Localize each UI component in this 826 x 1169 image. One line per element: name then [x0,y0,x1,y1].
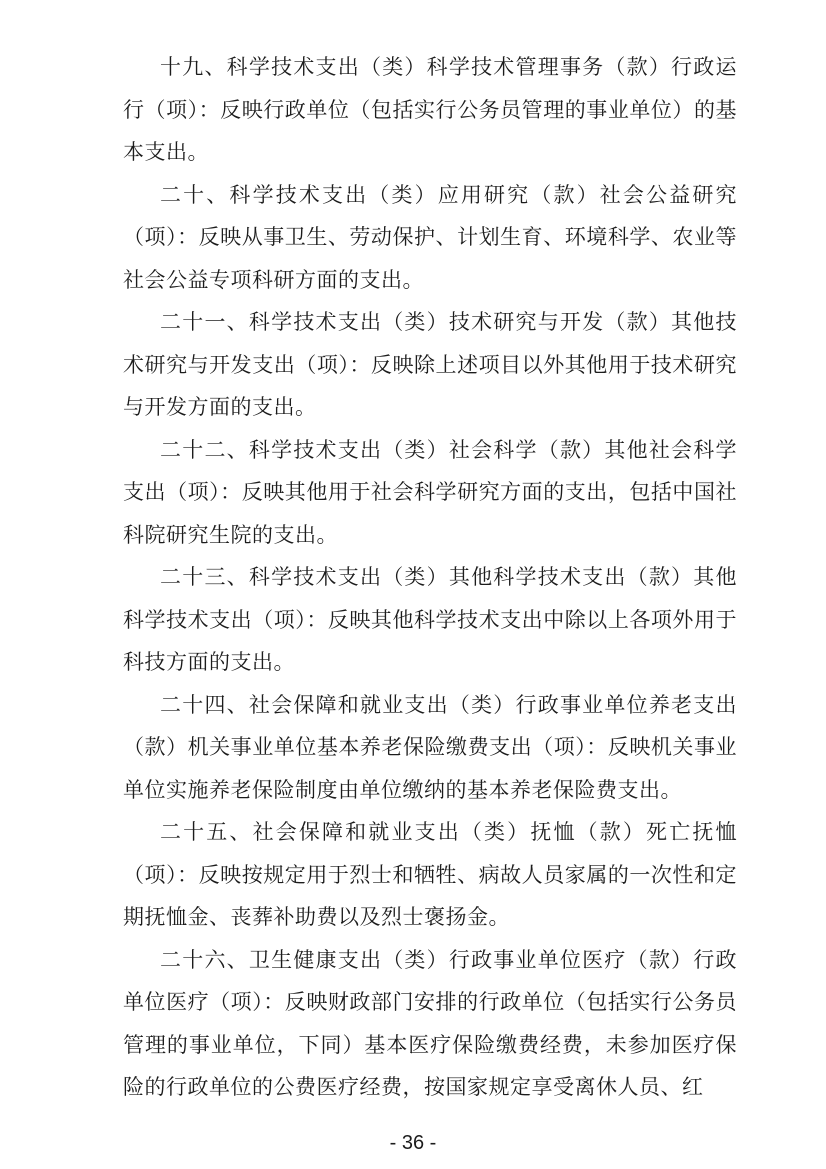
paragraph-item-20: 二十、科学技术支出（类）应用研究（款）社会公益研究（项）：反映从事卫生、劳动保护… [123,174,737,302]
paragraph-item-25: 二十五、社会保障和就业支出（类）抚恤（款）死亡抚恤（项）：反映按规定用于烈士和牺… [123,811,737,939]
paragraph-item-23: 二十三、科学技术支出（类）其他科学技术支出（款）其他科学技术支出（项）：反映其他… [123,556,737,684]
page-number: - 36 - [390,1132,437,1154]
paragraph-item-22: 二十二、科学技术支出（类）社会科学（款）其他社会科学支出（项）：反映其他用于社会… [123,429,737,557]
paragraph-item-26: 二十六、卫生健康支出（类）行政事业单位医疗（款）行政单位医疗（项）：反映财政部门… [123,939,737,1109]
paragraph-item-19: 十九、科学技术支出（类）科学技术管理事务（款）行政运行（项）：反映行政单位（包括… [123,46,737,174]
document-page: 十九、科学技术支出（类）科学技术管理事务（款）行政运行（项）：反映行政单位（包括… [0,0,826,1169]
paragraph-item-24: 二十四、社会保障和就业支出（类）行政事业单位养老支出（款）机关事业单位基本养老保… [123,684,737,812]
document-body: 十九、科学技术支出（类）科学技术管理事务（款）行政运行（项）：反映行政单位（包括… [123,46,737,1109]
paragraph-item-21: 二十一、科学技术支出（类）技术研究与开发（款）其他技术研究与开发支出（项）：反映… [123,301,737,429]
page-footer: - 36 - [0,1130,826,1156]
